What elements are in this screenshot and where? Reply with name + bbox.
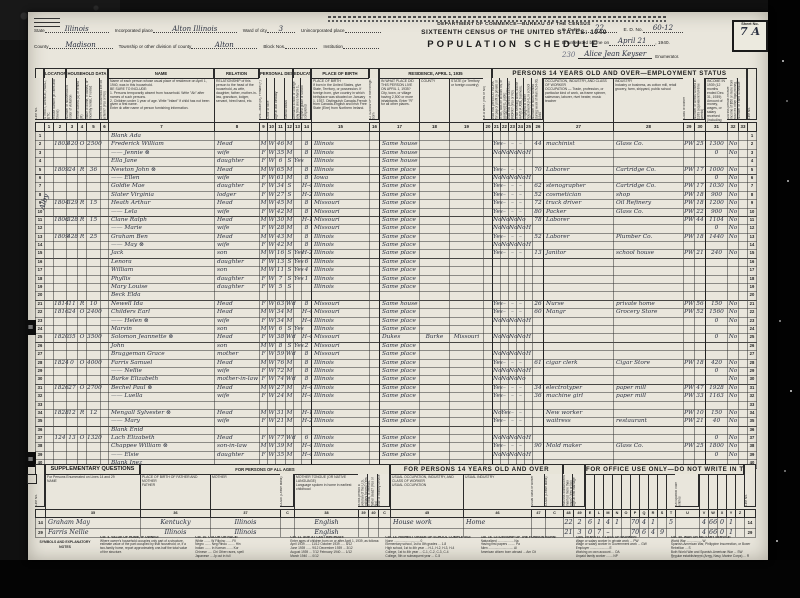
table-row: 29—— NelliewifeFW72M8IllinoisSame placeN… bbox=[35, 367, 761, 375]
column-header-ln: Line No. bbox=[35, 474, 45, 507]
column-number: L bbox=[594, 509, 603, 518]
column-header-o5 bbox=[621, 474, 630, 509]
column-header-hn: House number (in cities and towns) bbox=[53, 78, 66, 120]
column-header-e1: Was this person AT WORK for pay or profi… bbox=[492, 78, 500, 120]
column-group-header: FOR PERSONS OF ALL AGES bbox=[140, 464, 390, 474]
table-row: 36Blank Enid36 bbox=[35, 426, 761, 434]
column-header-o2 bbox=[594, 474, 603, 509]
column-number: 12 bbox=[285, 122, 293, 132]
column-number: 22 bbox=[500, 122, 508, 132]
incorporated-place-label: Incorporated place bbox=[115, 28, 153, 33]
column-number: 23 bbox=[508, 122, 516, 132]
column-header-v2: If child, is veteran-father dead? (Yes o… bbox=[368, 474, 378, 507]
table-row: 91804329R15Heath ArthurHeadMW45M8Missour… bbox=[35, 199, 761, 207]
incorporated-place-value: Alton Illinois bbox=[153, 26, 237, 33]
ed-label: E. D. No. bbox=[623, 28, 642, 33]
supplementary-questions-table: SUPPLEMENTARY QUESTIONSFOR PERSONS OF AL… bbox=[35, 464, 756, 537]
column-header-wks: Number of weeks worked in 1939 (equivale… bbox=[694, 78, 705, 120]
column-number: 7 bbox=[108, 122, 214, 132]
column-number: 15 bbox=[311, 122, 369, 132]
note-heading: Col. 14. HIGHEST GRADE OF SCHOOL COMPLET… bbox=[385, 536, 475, 540]
note-block: Cols. 29 and 47. CLASS OF WORKER:Wage or… bbox=[576, 536, 666, 558]
column-number: V bbox=[699, 509, 708, 518]
column-number: 28 bbox=[613, 122, 683, 132]
table-row: 26JohnsonMW8SYes2MissouriSame place26 bbox=[35, 342, 761, 350]
column-number: 19 bbox=[449, 122, 483, 132]
column-number: P bbox=[630, 509, 639, 518]
column-number: U bbox=[675, 509, 699, 518]
column-group-header: HOUSEHOLD DATA bbox=[66, 68, 108, 78]
column-number: 1 bbox=[44, 122, 53, 132]
column-number: 9 bbox=[259, 122, 267, 132]
column-number: M bbox=[603, 509, 612, 518]
column-header-e2: If not, was he at work on, or assigned t… bbox=[500, 78, 508, 120]
column-number: 49 bbox=[573, 509, 585, 518]
note-heading: Col. 11. AGE AT LAST BIRTHDAY: bbox=[290, 536, 380, 540]
column-number: 32 bbox=[727, 122, 738, 132]
ed-value: 60-12 bbox=[643, 24, 683, 33]
column-header-o4 bbox=[612, 474, 621, 509]
column-number: 3 bbox=[66, 122, 77, 132]
note-block: SYMBOLS AND EXPLANATORY NOTES bbox=[35, 536, 95, 562]
table-row: 25182035O3500Solomon Jeannette ⊗HeadFW38… bbox=[35, 333, 761, 341]
column-group-header bbox=[369, 68, 379, 78]
column-number: 31 bbox=[705, 122, 727, 132]
column-header-wage: INCOME IN 1939 (12 months ended Dec. 31,… bbox=[705, 78, 727, 122]
column-header-tongue: MOTHER TONGUE (OR NATIVE LANGUAGE) Langu… bbox=[294, 474, 358, 509]
column-number: 10 bbox=[267, 122, 275, 132]
column-number: R bbox=[648, 509, 657, 518]
column-number: X bbox=[717, 509, 726, 518]
note-heading: Col. 10. COLOR OR RACE: bbox=[195, 536, 285, 540]
table-row: SUPPLEMENTARY QUESTIONSFOR PERSONS OF AL… bbox=[35, 464, 756, 474]
margin-tab-icon: ≣ bbox=[25, 320, 36, 335]
table-row: 27Bruggeman GracemotherFW59Wd8MissouriSa… bbox=[35, 350, 761, 358]
column-header-ot: Occupation code entries bbox=[675, 474, 699, 507]
column-header-ln: Line No. bbox=[35, 78, 44, 120]
column-header-fs: Number of Farm Schedule bbox=[738, 78, 747, 120]
column-header-v3: War or military service bbox=[378, 474, 390, 507]
column-group-header bbox=[747, 68, 757, 78]
table-row: 3—— Jennie ⊗wifeFW35M8IllinoisSame house… bbox=[35, 149, 761, 157]
column-group-header: FOR PERSONS 14 YEARS OLD AND OVER bbox=[390, 464, 563, 474]
ward-label: Ward of city bbox=[243, 28, 267, 33]
census-sheet: State Illinois Incorporated place Alton … bbox=[28, 12, 768, 560]
column-header-o9 bbox=[657, 474, 666, 509]
column-group-header: FOR OFFICE USE ONLY—DO NOT WRITE IN THES… bbox=[585, 464, 744, 474]
county-value: Madison bbox=[49, 42, 113, 49]
column-group-header bbox=[744, 464, 756, 474]
column-number: 27 bbox=[543, 122, 613, 132]
column-number: 4 bbox=[77, 122, 86, 132]
column-number bbox=[35, 509, 45, 518]
table-row: LOCATIONHOUSEHOLD DATANAMERELATIONPERSON… bbox=[35, 68, 761, 78]
table-row: 7Goldie MaedaughterFW34SH-4IllinoisSame … bbox=[35, 182, 761, 190]
table-row: 4Ella JanedaughterFW6SYesIllinoisSame ho… bbox=[35, 157, 761, 165]
column-number: Y bbox=[726, 509, 735, 518]
note-block: Col. 10. COLOR OR RACE:White ....... W F… bbox=[195, 536, 285, 558]
scan-background: State Illinois Incorporated place Alton … bbox=[0, 0, 800, 598]
column-number: 2 bbox=[53, 122, 66, 132]
column-header-o7 bbox=[639, 474, 648, 509]
note-heading: Col. 16. CITIZENSHIP OF THE FOREIGN BORN… bbox=[481, 536, 571, 540]
table-row: 14—— May ⊗wifeFW42M8IllinoisSame placeNo… bbox=[35, 241, 761, 249]
column-header-e5: Engaged in home housework (H), in school… bbox=[524, 78, 532, 120]
column-number: 11 bbox=[275, 122, 285, 132]
table-row: Line No.For Persons Enumerated on Lines … bbox=[35, 474, 756, 509]
column-number: 24 bbox=[516, 122, 524, 132]
sd-label: S. D. No. bbox=[562, 28, 581, 33]
column-number: E bbox=[585, 509, 594, 518]
note-block: Col. 14. HIGHEST GRADE OF SCHOOL COMPLET… bbox=[385, 536, 475, 558]
column-number: 37 bbox=[210, 509, 280, 518]
column-header-p1 bbox=[699, 474, 708, 509]
table-row: 22181624O2400Childers EarlHeadMW34MH-4Mi… bbox=[35, 308, 761, 316]
table-row: 16LenoradaughterFW13SYes6IllinoisSame pl… bbox=[35, 258, 761, 266]
column-number: 40 bbox=[368, 509, 378, 518]
table-row: 30Burke Elizabethmother-in-lawFW74Wd8Ill… bbox=[35, 375, 761, 383]
column-header-dur: Number of hours worked during week of Ma… bbox=[532, 78, 543, 120]
block-label: Block Nos. bbox=[263, 44, 285, 49]
table-row: 3333 bbox=[35, 401, 761, 409]
sheet-number-value: 7 A bbox=[734, 26, 766, 37]
note-heading: Cols. 29 and 47. CLASS OF WORKER: bbox=[576, 536, 666, 540]
population-schedule-table: LOCATIONHOUSEHOLD DATANAMERELATIONPERSON… bbox=[35, 68, 761, 468]
column-header-grd: Highest grade of school completed bbox=[301, 78, 311, 120]
column-header-cd2: CODE (Leave blank) bbox=[545, 474, 563, 507]
column-number: 25 bbox=[524, 122, 532, 132]
column-header-own: Home owned (O) or rented (R) bbox=[77, 78, 86, 120]
table-row: 17WilliamsonMW11SYes4IllinoisSame place1… bbox=[35, 266, 761, 274]
column-header-ln2: Line No. bbox=[744, 474, 756, 507]
enumerator-label: Enumerator. bbox=[655, 54, 679, 59]
table-row: 5180924R36Newton John ⊗HeadMW65M8Illinoi… bbox=[35, 166, 761, 174]
column-header-cls: Class of worker bbox=[683, 78, 694, 120]
table-row: 23—— Helen ⊗wifeFW34MH-4IllinoisSame pla… bbox=[35, 317, 761, 325]
column-header-name: Name of each person whose usual place of… bbox=[108, 78, 214, 122]
column-header-mo: MOTHER bbox=[210, 474, 280, 509]
column-number: 46 bbox=[463, 509, 531, 518]
column-number bbox=[35, 122, 44, 132]
column-header-o3 bbox=[603, 474, 612, 509]
column-header-mar: Marital status bbox=[285, 78, 293, 120]
note-heading: Col. 4. VALUE OF HOME, IF OWNED: bbox=[100, 536, 190, 540]
table-row: 39—— ElsiedaughterFW35MH-4IllinoisSame p… bbox=[35, 451, 761, 459]
column-header-rel: RELATIONSHIP of this person to the head … bbox=[214, 78, 259, 122]
column-header-o1 bbox=[585, 474, 594, 509]
column-number: 39 bbox=[358, 509, 368, 518]
county-label: County bbox=[34, 44, 49, 49]
column-number bbox=[744, 509, 756, 518]
column-header-v1: Is this person a veteran of the U.S. mil… bbox=[358, 474, 368, 507]
column-number: W bbox=[708, 509, 717, 518]
column-group-header: PERSONS 14 YEARS OLD AND OVER—EMPLOYMENT… bbox=[492, 68, 747, 78]
column-header-p3 bbox=[717, 474, 726, 509]
column-number: C bbox=[378, 509, 390, 518]
column-header-val: Value of home, if owned, or monthly rent… bbox=[86, 78, 100, 120]
column-number: 38 bbox=[294, 509, 358, 518]
enumerator-signature: Alice Jean Keyser bbox=[578, 50, 652, 59]
column-group-header bbox=[35, 68, 44, 78]
column-number: 13 bbox=[293, 122, 301, 132]
column-header-p4 bbox=[726, 474, 735, 509]
scan-black-edge-bottom bbox=[0, 560, 800, 598]
column-header-fa: PLACE OF BIRTH OF FATHER AND MOTHER FATH… bbox=[140, 474, 210, 509]
note-heading: Col. 40. WAR OR MILITARY SERVICE: bbox=[671, 536, 761, 540]
state-label: State bbox=[34, 28, 45, 33]
table-row: 31182627O2700Bechel Paul ⊗HeadMW27MH-4Il… bbox=[35, 384, 761, 392]
column-header-fm0: Does this household live on a farm? (Yes… bbox=[100, 78, 108, 120]
table-row: 3712413O1320Lach ElizabethHeadFW77Wd6Ill… bbox=[35, 434, 761, 442]
column-header-o10 bbox=[666, 474, 675, 509]
explanatory-notes: SYMBOLS AND EXPLANATORY NOTESCol. 4. VAL… bbox=[35, 536, 761, 562]
column-group-header: RESIDENCE, APRIL 1, 1935 bbox=[379, 68, 492, 78]
block-value bbox=[285, 48, 317, 49]
column-header-name: For Persons Enumerated on Lines 14 and 2… bbox=[45, 474, 140, 509]
column-header-sch: Attended school or college any time sinc… bbox=[293, 78, 301, 120]
table-row: 111806328R15Clane RalphHeadMW30MH-1Misso… bbox=[35, 216, 761, 224]
column-header-cit: CITIZENSHIP of the foreign born bbox=[369, 78, 379, 120]
column-number: S bbox=[657, 509, 666, 518]
column-header-age: Age at last birthday bbox=[275, 78, 285, 120]
column-header-rc: IN WHAT PLACE DID THIS PERSON LIVE ON AP… bbox=[379, 78, 419, 122]
table-row: 12—— MariewifeFW28M8MissouriSame placeNo… bbox=[35, 224, 761, 232]
column-header-occ: OCCUPATION, INDUSTRY, AND CLASS OF WORKE… bbox=[543, 78, 613, 122]
table-row: 2818240O4000Farris SamuelHeadMW76M8Illin… bbox=[35, 359, 761, 367]
column-number: 47 bbox=[531, 509, 545, 518]
column-header-rk: COUNTY bbox=[419, 78, 449, 122]
enumeration-year: , 1940. bbox=[655, 41, 670, 46]
column-header-st: STREET, AVENUE, ROAD, ETC. bbox=[44, 78, 53, 120]
enumeration-date: April 21 bbox=[609, 37, 655, 46]
column-header-e3: Was this person SEEKING WORK? (Yes or No… bbox=[508, 78, 516, 120]
state-value: Illinois bbox=[45, 26, 109, 33]
column-number: 26 bbox=[532, 122, 543, 132]
institution-label: Institution bbox=[323, 44, 343, 49]
table-row: 18PhyllisdaughterFW7SYes1IllinoisSame pl… bbox=[35, 275, 761, 283]
column-group-header: NAME bbox=[108, 68, 214, 78]
column-number: O bbox=[621, 509, 630, 518]
enumeration-block: S. D. No. 22 E. D. No. 60-12 Enumerated … bbox=[562, 24, 730, 63]
table-row: 131809428R25Graham BenHeadMW43M8Illinois… bbox=[35, 233, 761, 241]
column-header-ln2: Line No. bbox=[747, 78, 757, 120]
column-group-header: LOCATION bbox=[44, 68, 66, 78]
table-row: 10—— LelawifeFW42M8MissouriSame placeYes… bbox=[35, 208, 761, 216]
column-header-oth: Did this person receive income of $50 or… bbox=[727, 78, 738, 120]
table-row: Line No.STREET, AVENUE, ROAD, ETC.House … bbox=[35, 78, 761, 122]
column-header-vis: Number of household in order of visitati… bbox=[66, 78, 77, 120]
table-row: 14Graham MayKentuckyIllinoisEnglishHouse… bbox=[35, 518, 756, 528]
column-group-header: RELATION bbox=[214, 68, 259, 78]
column-header-ind: INDUSTRY Industry or business, as cotton… bbox=[613, 78, 683, 122]
township-label: Township or other division of county bbox=[119, 44, 192, 49]
column-group-header bbox=[35, 464, 45, 474]
note-heading: SYMBOLS AND EXPLANATORY NOTES bbox=[35, 540, 95, 549]
enumerated-label: Enumerated by me on bbox=[562, 41, 609, 46]
column-number: 6 bbox=[100, 122, 108, 132]
column-header-w2: Age at first marriage bbox=[573, 474, 585, 507]
column-group-header bbox=[563, 464, 585, 474]
sd-value: 22 bbox=[581, 24, 617, 33]
ward-value: 3 bbox=[267, 26, 295, 33]
column-header-bp: PLACE OF BIRTH If born in the United Sta… bbox=[311, 78, 369, 122]
column-number: 17 bbox=[379, 122, 419, 132]
column-group-header: EDUCATION bbox=[293, 68, 311, 78]
column-header-cd: CODE (Leave blank) bbox=[280, 474, 294, 507]
column-header-cls: Usual class of worker bbox=[531, 474, 545, 507]
column-number: 36 bbox=[140, 509, 210, 518]
column-number: C bbox=[545, 509, 563, 518]
table-row: 34182812R12Mengall Sylvester ⊗HeadMW31MH… bbox=[35, 409, 761, 417]
table-row: 8Slater VirginialodgerFW27SH-2IllinoisSa… bbox=[35, 191, 761, 199]
column-header-o8 bbox=[648, 474, 657, 509]
township-value: Alton bbox=[191, 42, 257, 49]
column-header-rs: STATE (or Territory or foreign country) bbox=[449, 78, 483, 122]
column-header-sex: Sex—Male (M), Female (F) bbox=[259, 78, 267, 120]
note-block: Col. 4. VALUE OF HOME, IF OWNED:Where ow… bbox=[100, 536, 190, 558]
table-row: 38Chappee William ⊗son-in-lawMW39MH-4Ill… bbox=[35, 442, 761, 450]
table-row: 353637C383940C454647C4849ELMNOPQRSTUVWXY… bbox=[35, 509, 756, 518]
scan-speckles bbox=[782, 60, 784, 62]
column-number: 29 bbox=[683, 122, 694, 132]
column-header-p2 bbox=[708, 474, 717, 509]
column-number: 18 bbox=[419, 122, 449, 132]
column-header-w1: Has this woman been married more than on… bbox=[563, 474, 573, 507]
column-number: 30 bbox=[694, 122, 705, 132]
column-header-f35: On a farm? (Yes or No) bbox=[483, 78, 492, 120]
column-number: Z bbox=[735, 509, 744, 518]
column-number: 14 bbox=[301, 122, 311, 132]
column-number: 45 bbox=[390, 509, 463, 518]
scan-black-edge-right bbox=[768, 0, 800, 598]
column-number: 33 bbox=[738, 122, 747, 132]
column-number: 35 bbox=[45, 509, 140, 518]
stamp-number: 230 bbox=[562, 51, 575, 59]
column-number: N bbox=[612, 509, 621, 518]
column-header-race: Color or race bbox=[267, 78, 275, 120]
note-block: Col. 11. AGE AT LAST BIRTHDAY:Enter ages… bbox=[290, 536, 380, 558]
column-number: Q bbox=[639, 509, 648, 518]
column-number: 48 bbox=[563, 509, 573, 518]
column-number: 21 bbox=[492, 122, 500, 132]
column-number: 5 bbox=[86, 122, 100, 132]
sheet-number-box: Sheet No. 7 A bbox=[732, 20, 768, 52]
column-number: T bbox=[666, 509, 675, 518]
unincorporated-place-label: Unincorporated place bbox=[301, 28, 345, 33]
note-block: Col. 16. CITIZENSHIP OF THE FOREIGN BORN… bbox=[481, 536, 571, 558]
column-header-ind: USUAL INDUSTRY bbox=[463, 474, 531, 509]
column-number: 8 bbox=[214, 122, 259, 132]
table-row: 15JacksonMW16SYesH-2IllinoisSame placeYe… bbox=[35, 249, 761, 257]
table-row: 1234567891011121314151617181920212223242… bbox=[35, 122, 761, 132]
column-number: C bbox=[280, 509, 294, 518]
column-header-occ: USUAL OCCUPATION, INDUSTRY, AND CLASS OF… bbox=[390, 474, 463, 509]
table-row: 19Mary LouisedaughterFW5SIllinoisSame pl… bbox=[35, 283, 761, 291]
table-row: 24MarvinsonMW6SYesIllinoisSame place24 bbox=[35, 325, 761, 333]
table-row: 32—— LuellawifeFW24MH-4IllinoisSame plac… bbox=[35, 392, 761, 400]
table-row: 21803420O2500Frederick WilliamHeadMW46M8… bbox=[35, 140, 761, 148]
column-group-header: PERSONAL DESCRIPTION bbox=[259, 68, 293, 78]
table-row: 35—— MarywifeFW21MH-2IllinoisSame placeY… bbox=[35, 417, 761, 425]
table-row: 20Beck Elda20 bbox=[35, 291, 761, 299]
column-header-e4: If not seeking work, did he HAVE A JOB, … bbox=[516, 78, 524, 120]
table-row: 1Blank Ada1 bbox=[35, 132, 761, 140]
note-block: Col. 40. WAR OR MILITARY SERVICE:World W… bbox=[671, 536, 761, 558]
column-group-header: SUPPLEMENTARY QUESTIONS bbox=[45, 464, 140, 474]
column-number bbox=[747, 122, 757, 132]
column-header-o6 bbox=[630, 474, 639, 509]
column-number: 16 bbox=[369, 122, 379, 132]
column-group-header: PLACE OF BIRTH bbox=[311, 68, 369, 78]
column-number: 20 bbox=[483, 122, 492, 132]
table-row: 21181411R10Newell IdaHeadFW63Wd8Missouri… bbox=[35, 300, 761, 308]
column-header-p5 bbox=[735, 474, 744, 509]
table-row: 6—— EllenwifeFW61M8IowaSame placeNoNoNoN… bbox=[35, 174, 761, 182]
